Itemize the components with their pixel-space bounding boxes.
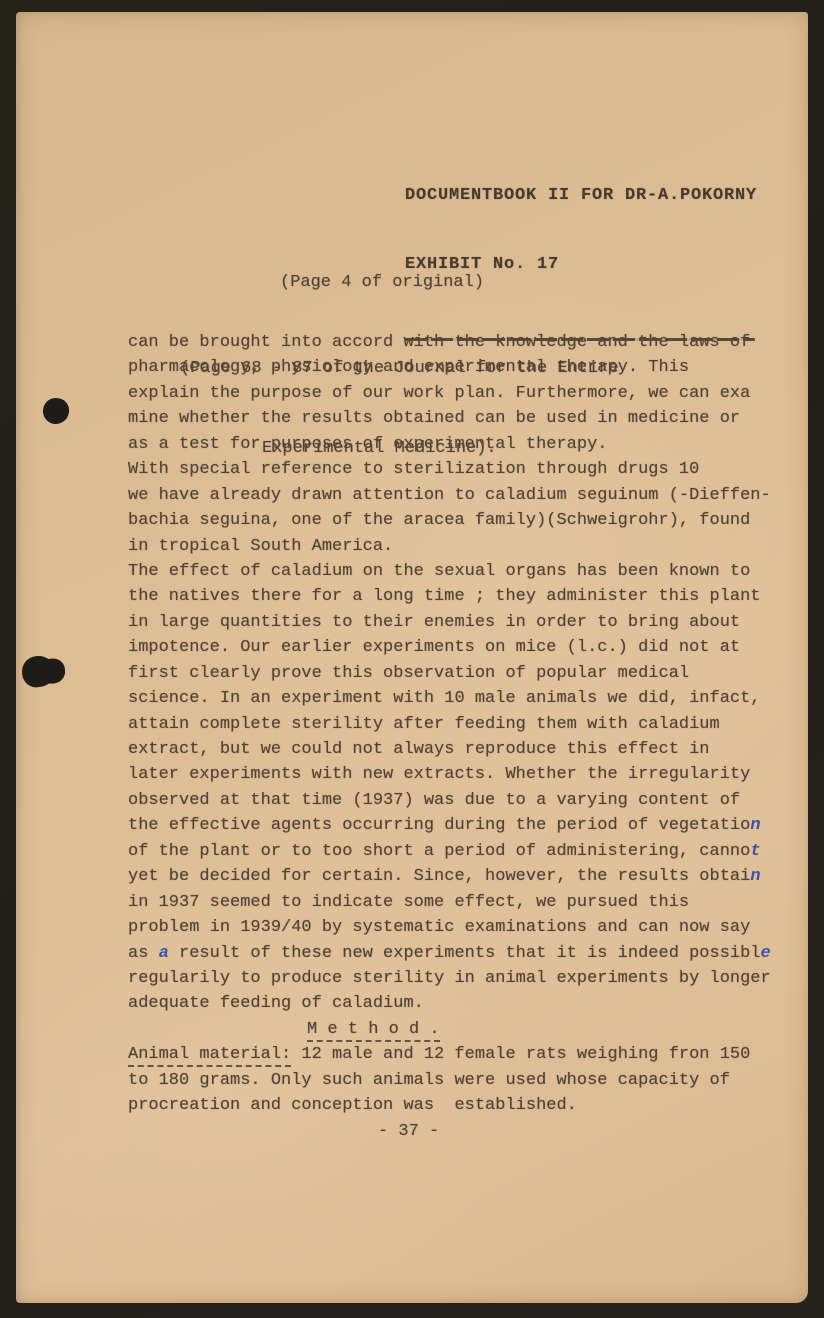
text-line: problem in 1939/40 by systematic examina… — [128, 915, 796, 940]
typed-text-segment: regularily to produce sterility in anima… — [128, 969, 771, 988]
document-page: DOCUMENTBOOK II FOR DR-A.POKORNY EXHIBIT… — [16, 12, 808, 1303]
scanned-document: DOCUMENTBOOK II FOR DR-A.POKORNY EXHIBIT… — [0, 0, 824, 1318]
typed-text-segment: 12 male and 12 female rats weighing fron… — [291, 1045, 750, 1064]
text-line: observed at that time (1937) was due to … — [128, 788, 796, 813]
typed-text-segment: yet be decided for certain. Since, howev… — [128, 867, 750, 886]
text-line: bachia seguina, one of the aracea family… — [128, 508, 796, 533]
typed-text-segment: impotence. Our earlier experiments on mi… — [128, 638, 740, 657]
text-line: pharmacology, physiology and experimenta… — [128, 355, 796, 380]
typed-text-segment: can be brought into accord with the know… — [128, 333, 750, 352]
text-line: adequate feeding of caladium. — [128, 991, 796, 1016]
typed-text-segment: bachia seguina, one of the aracea family… — [128, 511, 750, 530]
text-line: Animal material: 12 male and 12 female r… — [128, 1042, 796, 1067]
typed-text-segment: to 180 grams. Only such animals were use… — [128, 1071, 730, 1090]
handwritten-correction: e — [761, 944, 771, 963]
text-line: in large quantities to their enemies in … — [128, 610, 796, 635]
text-line: as a test for purposes of experimental t… — [128, 432, 796, 457]
text-line: later experiments with new extracts. Whe… — [128, 762, 796, 787]
handwritten-correction: n — [750, 816, 760, 835]
text-line: of the plant or to too short a period of… — [128, 839, 796, 864]
text-line: explain the purpose of our work plan. Fu… — [128, 381, 796, 406]
typed-text-segment: problem in 1939/40 by systematic examina… — [128, 918, 750, 937]
typed-text-segment: Animal material: — [128, 1045, 291, 1067]
typed-text-segment: later experiments with new extracts. Whe… — [128, 765, 750, 784]
text-line: can be brought into accord with the know… — [128, 330, 796, 355]
typed-text-segment: first clearly prove this observation of … — [128, 664, 689, 683]
typed-text-segment: The effect of caladium on the sexual org… — [128, 562, 750, 581]
handwritten-correction: n — [750, 867, 760, 886]
typed-text-segment: pharmacology, physiology and experimenta… — [128, 358, 689, 377]
text-line: first clearly prove this observation of … — [128, 661, 796, 686]
exhibit-header-line1: DOCUMENTBOOK II FOR DR-A.POKORNY — [405, 184, 757, 207]
text-line: to 180 grams. Only such animals were use… — [128, 1068, 796, 1093]
text-line: science. In an experiment with 10 male a… — [128, 686, 796, 711]
text-line: procreation and conception was establish… — [128, 1093, 796, 1118]
typed-text-segment: procreation and conception was establish… — [128, 1096, 577, 1115]
text-line: The effect of caladium on the sexual org… — [128, 559, 796, 584]
handwritten-correction: t — [750, 842, 760, 861]
text-line: impotence. Our earlier experiments on mi… — [128, 635, 796, 660]
text-line: in tropical South America. — [128, 534, 796, 559]
hole-punch-bottom — [20, 654, 57, 688]
typed-text-segment: we have already drawn attention to calad… — [128, 486, 771, 505]
text-line: the natives there for a long time ; they… — [128, 584, 796, 609]
text-line: mine whether the results obtained can be… — [128, 406, 796, 431]
typed-text-segment: in 1937 seemed to indicate some effect, … — [128, 893, 689, 912]
typed-text-segment: of the plant or to too short a period of… — [128, 842, 750, 861]
typed-text-segment: explain the purpose of our work plan. Fu… — [128, 384, 750, 403]
typed-text-segment: attain complete sterility after feeding … — [128, 715, 720, 734]
typed-text-segment: as — [128, 944, 159, 963]
typed-text-segment: the effective agents occurring during th… — [128, 816, 750, 835]
typed-text-segment: With special reference to sterilization … — [128, 460, 699, 479]
handwritten-correction: a — [159, 944, 169, 963]
typed-text-segment: result of these new experiments that it … — [169, 944, 761, 963]
text-line: the effective agents occurring during th… — [128, 813, 796, 838]
hole-punch-top — [41, 396, 70, 425]
typed-text-segment: extract, but we could not always reprodu… — [128, 740, 710, 759]
page-number: - 37 - — [378, 1119, 439, 1144]
typed-text-segment: science. In an experiment with 10 male a… — [128, 689, 761, 708]
text-line: we have already drawn attention to calad… — [128, 483, 796, 508]
text-line: With special reference to sterilization … — [128, 457, 796, 482]
typed-text-segment: M e t h o d . — [307, 1020, 440, 1042]
typed-text-segment: the natives there for a long time ; they… — [128, 587, 761, 606]
typed-text-segment: mine whether the results obtained can be… — [128, 409, 740, 428]
typed-text-segment: in tropical South America. — [128, 537, 393, 556]
text-line: yet be decided for certain. Since, howev… — [128, 864, 796, 889]
typed-text-segment: adequate feeding of caladium. — [128, 994, 424, 1013]
typed-text-segment: observed at that time (1937) was due to … — [128, 791, 740, 810]
reference-line: (Page 4 of original) — [128, 270, 619, 296]
text-line: attain complete sterility after feeding … — [128, 712, 796, 737]
typed-text-segment: as a test for purposes of experimental t… — [128, 435, 607, 454]
typed-text-segment: in large quantities to their enemies in … — [128, 613, 740, 632]
body-text: can be brought into accord with the know… — [128, 330, 796, 1119]
text-line: extract, but we could not always reprodu… — [128, 737, 796, 762]
text-line: M e t h o d . — [128, 1017, 796, 1042]
text-line: as a result of these new experiments tha… — [128, 941, 796, 966]
text-line: in 1937 seemed to indicate some effect, … — [128, 890, 796, 915]
text-line: regularily to produce sterility in anima… — [128, 966, 796, 991]
